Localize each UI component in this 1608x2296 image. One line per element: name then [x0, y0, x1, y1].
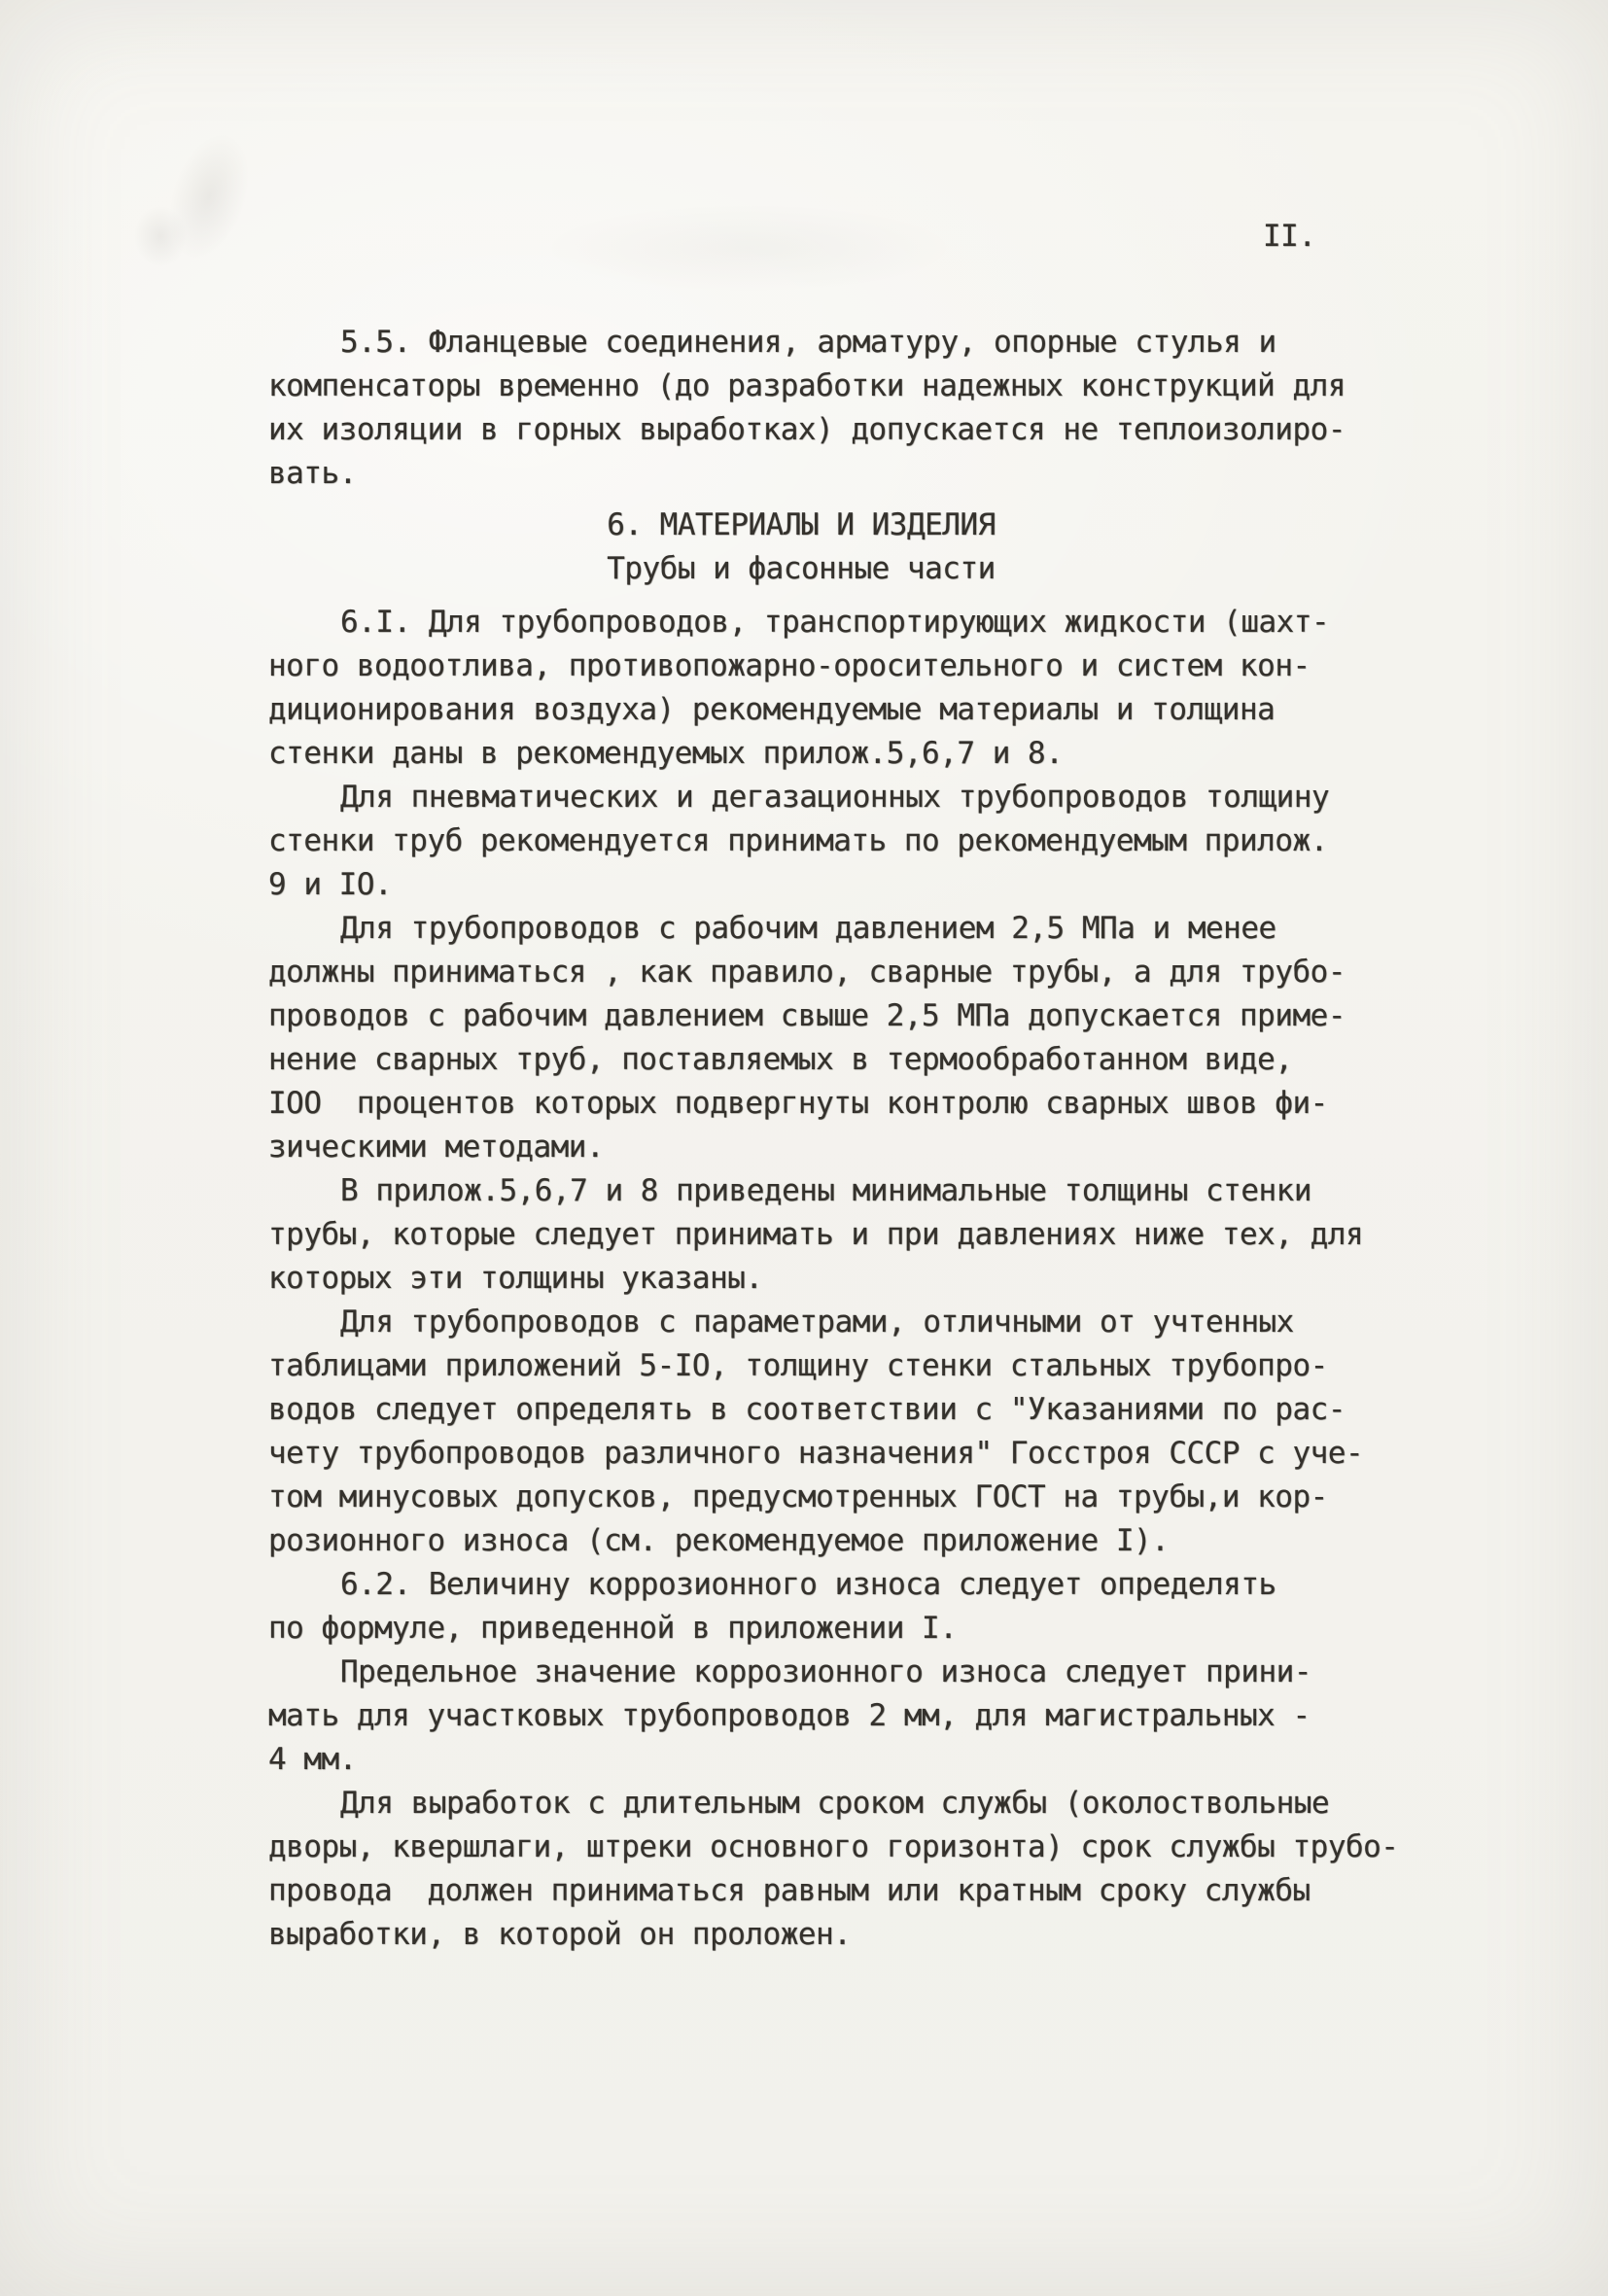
text-line: нение сварных труб, поставляемых в термо…	[268, 1038, 1382, 1082]
text-line: провода должен приниматься равным или кр…	[268, 1869, 1382, 1913]
text-line: дворы, квершлаги, штреки основного гориз…	[268, 1826, 1382, 1869]
text-line: их изоляции в горных выработках) допуска…	[268, 408, 1382, 452]
text-line: Для пневматических и дегазационных трубо…	[268, 776, 1382, 819]
text-line: 5.5. Фланцевые соединения, арматуру, опо…	[268, 321, 1382, 365]
paper-smudge	[134, 206, 187, 266]
text-line: компенсаторы временно (до разработки над…	[268, 365, 1382, 408]
text-line: стенки труб рекомендуется принимать по р…	[268, 819, 1382, 863]
section-subheading: Трубы и фасонные части	[244, 547, 1358, 591]
text-line: диционирования воздуха) рекомендуемые ма…	[268, 688, 1382, 732]
text-line: Для трубопроводов с параметрами, отличны…	[268, 1301, 1382, 1344]
page-number: II.	[1263, 215, 1316, 259]
text-line: ного водоотлива, противопожарно-оросител…	[268, 644, 1382, 688]
text-line: вать.	[268, 452, 1382, 496]
text-line: розионного износа (см. рекомендуемое при…	[268, 1519, 1382, 1563]
scanned-page: II. 5.5. Фланцевые соединения, арматуру,…	[0, 0, 1608, 2296]
text-line: Предельное значение коррозионного износа…	[268, 1651, 1382, 1694]
text-line: 9 и IО.	[268, 863, 1382, 907]
text-line: проводов с рабочим давлением свыше 2,5 М…	[268, 994, 1382, 1038]
text-line: зическими методами.	[268, 1126, 1382, 1169]
para-corrosion-limit: Предельное значение коррозионного износа…	[268, 1651, 1382, 1782]
text-line: 6.2. Величину коррозионного износа следу…	[268, 1563, 1382, 1607]
para-5-5: 5.5. Фланцевые соединения, арматуру, опо…	[268, 321, 1382, 496]
text-line: мать для участковых трубопроводов 2 мм, …	[268, 1694, 1382, 1738]
para-min-wall-thickness: В прилож.5,6,7 и 8 приведены минимальные…	[268, 1169, 1382, 1301]
text-line: Для трубопроводов с рабочим давлением 2,…	[268, 907, 1382, 951]
paper-smudge	[544, 204, 953, 292]
text-line: В прилож.5,6,7 и 8 приведены минимальные…	[268, 1169, 1382, 1213]
text-line: водов следует определять в соответствии …	[268, 1388, 1382, 1432]
text-line: чету трубопроводов различного назначения…	[268, 1432, 1382, 1476]
text-line: должны приниматься , как правило, сварны…	[268, 951, 1382, 994]
text-line: стенки даны в рекомендуемых прилож.5,6,7…	[268, 732, 1382, 776]
text-line: трубы, которые следует принимать и при д…	[268, 1213, 1382, 1257]
text-line: 6.I. Для трубопроводов, транспортирующих…	[268, 601, 1382, 644]
para-service-life: Для выработок с длительным сроком службы…	[268, 1782, 1382, 1957]
text-line: IОО процентов которых подвергнуты контро…	[268, 1082, 1382, 1126]
para-other-parameters: Для трубопроводов с параметрами, отличны…	[268, 1301, 1382, 1563]
para-6-1: 6.I. Для трубопроводов, транспортирующих…	[268, 601, 1382, 776]
section-heading: 6. МАТЕРИАЛЫ И ИЗДЕЛИЯ	[244, 504, 1358, 547]
para-working-pressure: Для трубопроводов с рабочим давлением 2,…	[268, 907, 1382, 1169]
document-body: 5.5. Фланцевые соединения, арматуру, опо…	[268, 321, 1382, 1957]
text-line: Для выработок с длительным сроком службы…	[268, 1782, 1382, 1826]
paper-smudge	[155, 124, 262, 268]
text-line: том минусовых допусков, предусмотренных …	[268, 1476, 1382, 1519]
text-line: таблицами приложений 5-IО, толщину стенк…	[268, 1344, 1382, 1388]
text-line: которых эти толщины указаны.	[268, 1257, 1382, 1301]
para-6-2: 6.2. Величину коррозионного износа следу…	[268, 1563, 1382, 1651]
text-line: 4 мм.	[268, 1738, 1382, 1782]
text-line: выработки, в которой он проложен.	[268, 1913, 1382, 1957]
para-pneumatic-pipelines: Для пневматических и дегазационных трубо…	[268, 776, 1382, 907]
text-line: по формуле, приведенной в приложении I.	[268, 1607, 1382, 1651]
